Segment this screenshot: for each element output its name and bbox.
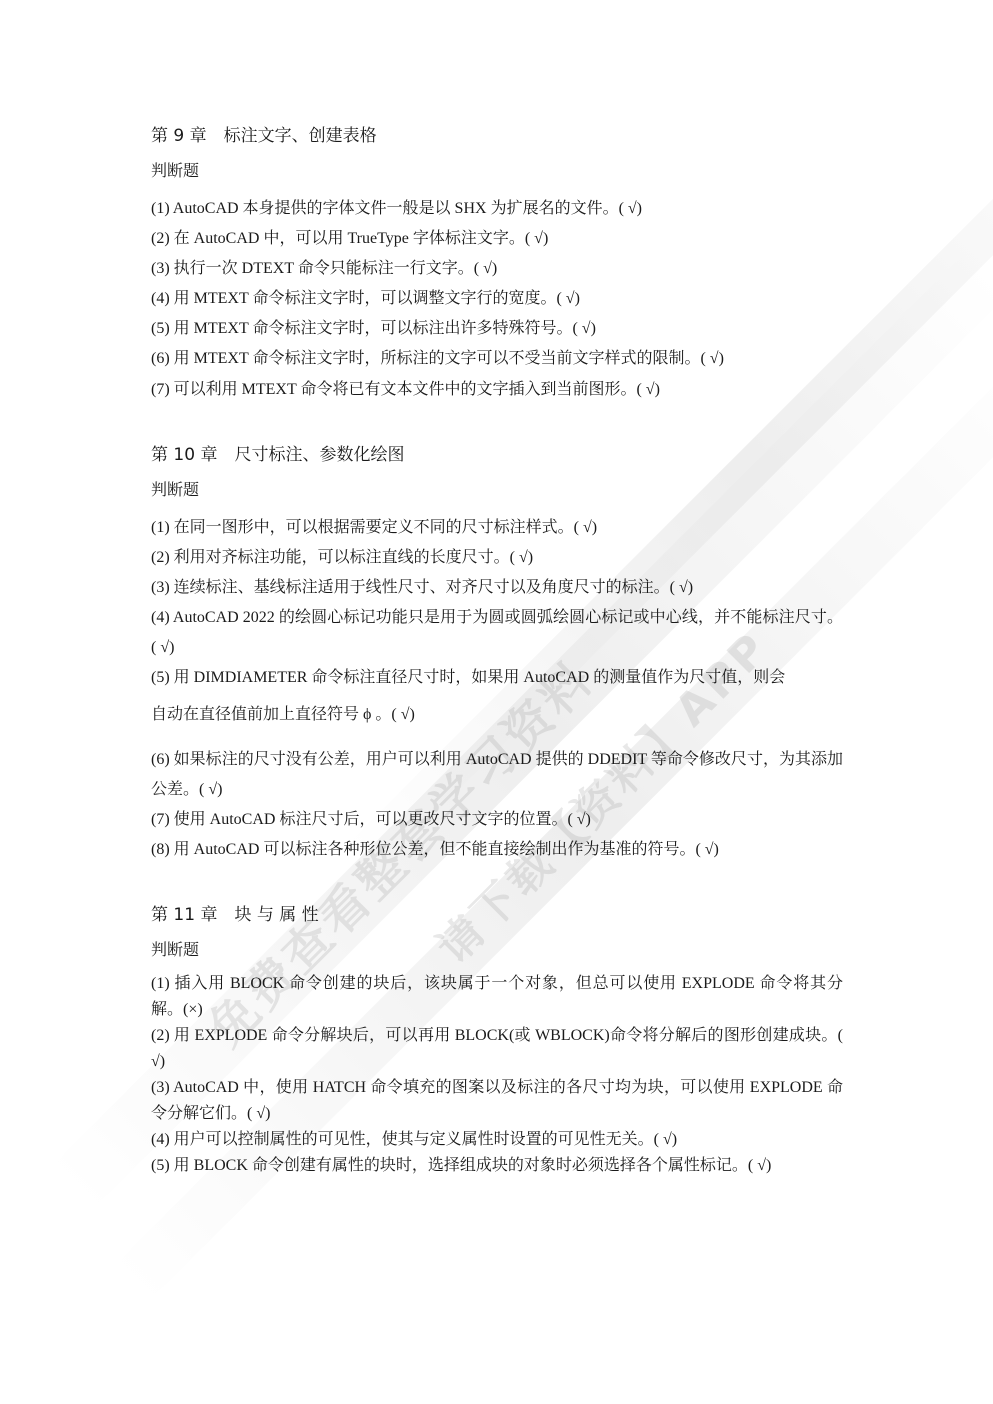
question-item: (1) 在同一图形中，可以根据需要定义不同的尺寸标注样式。( √) xyxy=(151,513,843,543)
question-item: (2) 利用对齐标注功能，可以标注直线的长度尺寸。( √) xyxy=(151,543,843,573)
section-label-true-false: 判断题 xyxy=(151,937,199,960)
question-item-continued: 自动在直径值前加上直径符号 ϕ 。( √) xyxy=(151,700,843,730)
section-label-true-false: 判断题 xyxy=(151,158,199,181)
question-item: (2) 在 AutoCAD 中，可以用 TrueType 字体标注文字。( √) xyxy=(151,224,843,254)
chapter-11-title: 第 11 章 块 与 属 性 xyxy=(151,900,319,925)
question-item: (4) 用户可以控制属性的可见性，使其与定义属性时设置的可见性无关。( √) xyxy=(151,1127,843,1153)
section-label-true-false: 判断题 xyxy=(151,477,199,500)
question-item: (6) 如果标注的尺寸没有公差，用户可以利用 AutoCAD 提供的 DDEDI… xyxy=(151,745,843,805)
question-item: (8) 用 AutoCAD 可以标注各种形位公差，但不能直接绘制出作为基准的符号… xyxy=(151,835,843,865)
question-item: (7) 可以利用 MTEXT 命令将已有文本文件中的文字插入到当前图形。( √) xyxy=(151,375,843,405)
question-item: (1) AutoCAD 本身提供的字体文件一般是以 SHX 为扩展名的文件。( … xyxy=(151,194,843,224)
question-item: (3) 连续标注、基线标注适用于线性尺寸、对齐尺寸以及角度尺寸的标注。( √) xyxy=(151,573,843,603)
question-item: (3) AutoCAD 中，使用 HATCH 命令填充的图案以及标注的各尺寸均为… xyxy=(151,1075,843,1127)
question-item: (4) 用 MTEXT 命令标注文字时，可以调整文字行的宽度。( √) xyxy=(151,284,843,314)
question-item: (4) AutoCAD 2022 的绘圆心标记功能只是用于为圆或圆弧绘圆心标记或… xyxy=(151,603,843,663)
question-item: (7) 使用 AutoCAD 标注尺寸后，可以更改尺寸文字的位置。( √) xyxy=(151,805,843,835)
question-item: (5) 用 BLOCK 命令创建有属性的块时，选择组成块的对象时必须选择各个属性… xyxy=(151,1153,843,1179)
chapter-9-title: 第 9 章 标注文字、创建表格 xyxy=(151,121,377,146)
question-item: (5) 用 MTEXT 命令标注文字时，可以标注出许多特殊符号。( √) xyxy=(151,314,843,344)
question-item: (5) 用 DIMDIAMETER 命令标注直径尺寸时，如果用 AutoCAD … xyxy=(151,663,843,693)
question-item: (2) 用 EXPLODE 命令分解块后，可以再用 BLOCK(或 WBLOCK… xyxy=(151,1023,843,1075)
question-item: (1) 插入用 BLOCK 命令创建的块后，该块属于一个对象，但总可以使用 EX… xyxy=(151,971,843,1023)
question-item: (6) 用 MTEXT 命令标注文字时，所标注的文字可以不受当前文字样式的限制。… xyxy=(151,344,843,374)
chapter-10-title: 第 10 章 尺寸标注、参数化绘图 xyxy=(151,440,404,465)
question-item: (3) 执行一次 DTEXT 命令只能标注一行文字。( √) xyxy=(151,254,843,284)
